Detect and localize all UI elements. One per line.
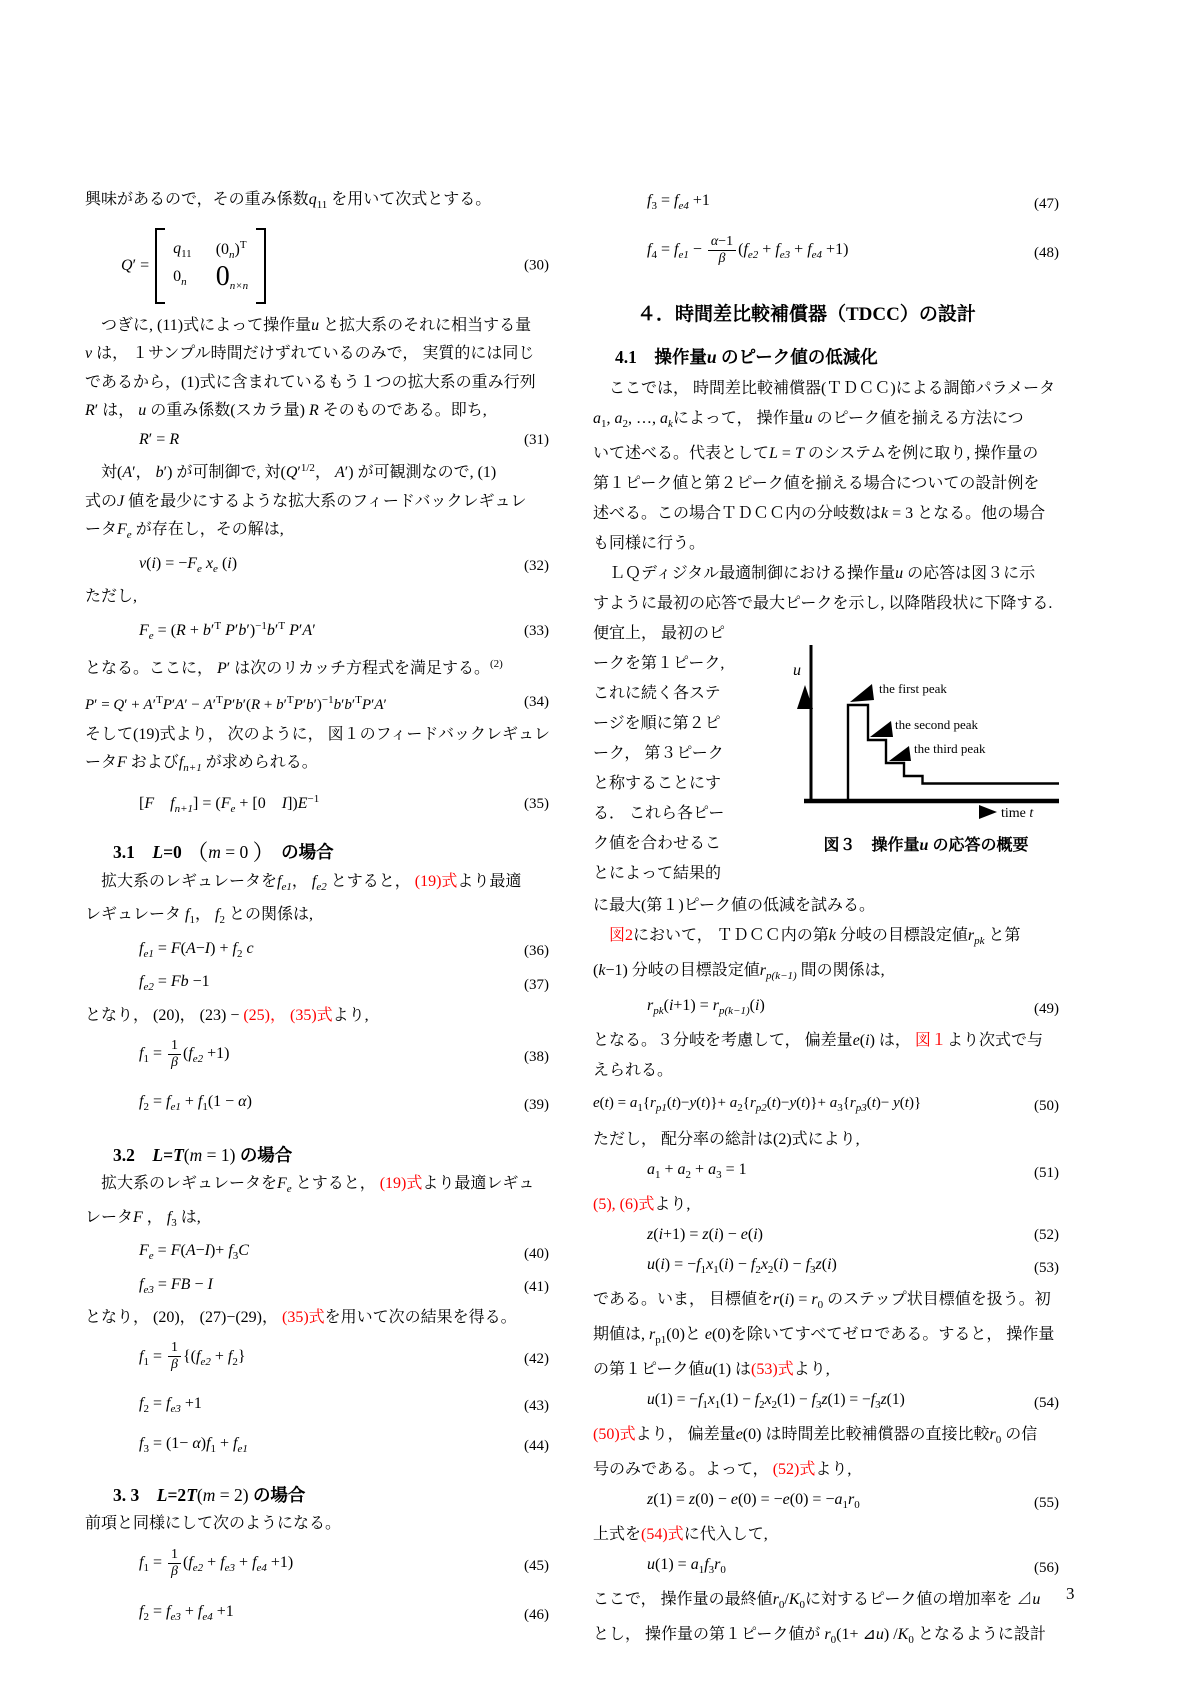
line-content: いて述べる。代表としてL = T のシステムを例に取り, 操作量の	[593, 445, 1038, 462]
equation-line: f3 = fe4 +1(47)	[593, 186, 1061, 221]
left-bracket	[155, 228, 165, 304]
line-content: u(1) = a1f3r0	[647, 1556, 726, 1573]
text-segment: T	[186, 1485, 197, 1505]
text-segment: u	[707, 347, 717, 367]
text-segment: −	[196, 1242, 205, 1259]
text-segment: k	[829, 927, 836, 944]
text-segment: 1/2	[301, 462, 315, 474]
text-segment: b	[276, 697, 284, 713]
text-segment: ージを順に第２ピ	[593, 715, 721, 732]
text-segment: −1	[308, 793, 320, 805]
text-segment: となり， (20)， (23) −	[85, 1007, 243, 1024]
line-content: となる。ここに， P′ は次のリカッチ方程式を満足する。(2)	[85, 660, 503, 677]
text-segment: =	[149, 1603, 166, 1620]
text-segment: q	[309, 191, 317, 208]
text-segment: A	[335, 464, 345, 481]
text-segment: e3	[170, 1611, 180, 1623]
text-segment: n	[181, 276, 187, 288]
text-line: であるから，(1)式に含まれているもう１つの拡大系の重み行列	[85, 369, 563, 398]
text-segment: a	[593, 410, 601, 427]
text-segment: e3	[143, 1284, 153, 1296]
matrix-lhs: Q′ =	[121, 257, 149, 275]
text-segment: +	[203, 1554, 220, 1571]
text-segment: E	[298, 795, 308, 812]
text-segment: (2)	[490, 658, 503, 670]
text-segment: より,	[794, 1361, 830, 1378]
text-line: の第１ピーク値u(1) は(53)式より,	[593, 1355, 1061, 1385]
text-segment: R	[169, 431, 179, 448]
text-segment: L	[152, 1145, 163, 1165]
text-segment: 第１ピーク値と第２ピーク値を揃える場合についての設計例を	[593, 475, 1039, 492]
text-segment: は， １サンプル時間だけずれているのみで， 実質的には同じ	[92, 345, 534, 362]
text-segment: (1) は	[712, 1361, 751, 1378]
text-segment: pk	[653, 1005, 663, 1017]
equation-number: (39)	[524, 1086, 549, 1124]
text-segment: ,	[607, 410, 615, 427]
equation-line: ν(i) = −Fe xe (i)(32)	[85, 550, 563, 584]
text-segment: P	[294, 697, 303, 713]
line-content: ν は， １サンプル時間だけずれているのみで， 実質的には同じ	[85, 345, 534, 362]
text-segment: ーク， 第３ピーク	[593, 745, 724, 762]
line-content: 拡大系のレギュレータをFe とすると， (19)式より最適レギュ	[85, 1175, 534, 1192]
text-segment	[135, 842, 153, 862]
text-segment: e2	[200, 1356, 210, 1368]
equation-number: (51)	[1034, 1158, 1059, 1188]
text-segment: 拡大系のレギュレータを	[85, 873, 277, 890]
text-segment: と第	[984, 927, 1020, 944]
text-segment: ) =	[789, 1291, 811, 1308]
text-segment: )−	[776, 1095, 789, 1111]
line-content: f3 = (1− α)f1 + fe1	[139, 1435, 248, 1452]
equation-number: (41)	[524, 1273, 549, 1302]
equation-line: f2 = fe3 + fe4 +1(46)	[85, 1593, 563, 1636]
text-segment: R	[85, 402, 95, 419]
text-segment: A	[186, 940, 196, 957]
line-content: となり， (20)， (23) − (25)， (35)式より,	[85, 1007, 369, 1024]
line-content: f2 = fe3 + fe4 +1	[139, 1603, 234, 1620]
text-segment: Q	[113, 697, 124, 713]
text-segment: A	[175, 697, 184, 713]
paper-page: 興味があるので，その重み係数q11 を用いて次式とする。 Q′ = q11 (0…	[0, 0, 1190, 1683]
text-segment: β	[171, 1055, 178, 1070]
text-line: に最大(第１)ピーク値の低減を試みる。	[593, 891, 1061, 921]
text-segment: そのものである。即ち,	[319, 402, 487, 419]
text-segment: b	[203, 622, 211, 639]
matrix-cell: 0n×n	[216, 263, 248, 292]
text-line: となり， (20)， (23) − (25)， (35)式より,	[85, 1002, 563, 1031]
text-segment: −1	[322, 694, 334, 706]
text-segment: b	[334, 697, 342, 713]
text-segment: ′ =	[94, 697, 113, 713]
matrix-cell: 0n	[173, 268, 187, 288]
text-segment: = (	[154, 622, 176, 639]
text-segment: の場合	[253, 1485, 306, 1505]
text-segment: +	[758, 241, 775, 258]
text-segment: u	[647, 1391, 655, 1408]
text-segment: e2	[143, 981, 153, 993]
text-segment: F	[171, 1276, 181, 1293]
text-segment: +	[790, 241, 807, 258]
text-segment: =	[154, 940, 171, 957]
text-segment: （	[186, 840, 208, 865]
text-segment: c	[246, 940, 253, 957]
text-segment: {	[843, 1095, 850, 1111]
line-content: ここで， 操作量の最終値r0/K0に対するピーク値の増加率を ⊿u	[593, 1591, 1040, 1608]
text-line: ークを第１ピーク,	[593, 649, 773, 679]
equation-number: (56)	[1034, 1553, 1059, 1583]
text-segment: e	[731, 1491, 738, 1508]
text-segment: (1 −	[208, 1093, 238, 1110]
text-line: も同様に行う。	[593, 529, 1061, 559]
text-line: 前項と同様にして次のようになる。	[85, 1510, 563, 1539]
text-segment: u	[805, 410, 813, 427]
line-content: f1 = 1β(fe2 +1)	[139, 1045, 230, 1062]
equation-number: (37)	[524, 971, 549, 1000]
equation-line: u(i) = −f1x1(i) − f2x2(i) − f3z(i)(53)	[593, 1250, 1061, 1285]
right-column: f3 = fe4 +1(47)f4 = fe1 − α−1β(fe2 + fe3…	[593, 186, 1061, 1655]
line-content: z(1) = z(0) − e(0) = −e(0) = −a1r0	[647, 1491, 860, 1508]
text-segment: となるように設計	[914, 1626, 1046, 1643]
text-segment: ク値を合わせるこ	[593, 835, 721, 852]
equation-line: z(1) = z(0) − e(0) = −e(0) = −a1r0(55)	[593, 1485, 1061, 1520]
text-segment: e2	[316, 881, 326, 893]
line-content: ν(i) = −Fe xe (i)	[139, 555, 237, 572]
text-segment: u	[311, 317, 319, 334]
text-segment: とによって結果的	[593, 865, 721, 882]
text-segment: e3	[170, 1403, 180, 1415]
text-segment: 3.2	[113, 1145, 135, 1165]
text-segment: 11	[317, 199, 328, 211]
text-segment: ータ	[85, 754, 117, 771]
text-line: 式のJ 値を最少にするような拡大系のフィードバックレギュレ	[85, 488, 563, 517]
text-segment: =	[778, 445, 795, 462]
text-segment: P	[362, 697, 371, 713]
text-segment: p2	[756, 1102, 767, 1114]
line-content: 期値は, rp1(0)と e(0)を除いてすべてゼロである。すると， 操作量	[593, 1326, 1054, 1343]
text-segment: +	[211, 1348, 228, 1365]
text-line: ここで， 操作量の最終値r0/K0に対するピーク値の増加率を ⊿u	[593, 1585, 1061, 1620]
text-segment: +	[691, 1161, 708, 1178]
text-segment: 0	[854, 1499, 860, 1511]
equation-line: fe3 = FB − I(41)	[85, 1271, 563, 1305]
text-segment: e	[741, 1226, 748, 1243]
text-segment: α	[238, 1093, 246, 1110]
text-segment: e	[783, 1491, 790, 1508]
text-segment: となる。３分岐を考慮して， 偏差量	[593, 1032, 853, 1049]
equation-number: (48)	[1034, 224, 1059, 282]
text-segment: x	[765, 1391, 772, 1408]
text-segment: )}	[909, 1095, 921, 1111]
section-heading: 3.1 L=0 （m = 0 ） の場合	[113, 837, 563, 868]
text-line: (5), (6)式より,	[593, 1190, 1061, 1220]
text-segment: ）	[253, 840, 264, 865]
text-segment: P	[225, 622, 235, 639]
text-line: 図2において， ＴＤＣＣ内の第k 分岐の目標設定値rpk と第	[593, 921, 1061, 956]
equation-line: f2 = fe3 +1(43)	[85, 1386, 563, 1427]
line-content: つぎに, (11)式によって操作量u と拡大系のそれに相当する量	[85, 317, 531, 334]
text-segment: 述べる。この場合ＴＤＣＣ内の分岐数は	[593, 505, 881, 522]
first-peak-arrow-icon	[850, 684, 874, 702]
line-content: 上式を(54)式に代入して,	[593, 1526, 768, 1543]
text-segment: と称することにす	[593, 775, 721, 792]
line-content: e(t) = a1{rp1(t)−y(t)}+ a2{rp2(t)−y(t)}+…	[593, 1095, 921, 1111]
text-segment: (19)式	[380, 1175, 423, 1192]
text-segment: より最適	[457, 873, 521, 890]
text-segment: とし， 操作量の第１ピーク値が	[593, 1626, 824, 1643]
line-content: ークを第１ピーク,	[593, 655, 724, 672]
equation-line: Fe = (R + b′T P′b′)−1b′T P′A′(33)	[85, 612, 563, 651]
text-segment: = 1)	[202, 1145, 235, 1165]
line-content: ＬＱディジタル最適制御における操作量u の応答は図３に示	[593, 565, 1035, 582]
text-segment: 拡大系のレギュレータを	[85, 1175, 277, 1192]
equation-line: e(t) = a1{rp1(t)−y(t)}+ a2{rp2(t)−y(t)}+…	[593, 1086, 1061, 1125]
text-segment: T	[795, 445, 804, 462]
line-content: 興味があるので，その重み係数q11 を用いて次式とする。	[85, 191, 491, 208]
text-segment: +1) =	[673, 997, 712, 1014]
text-segment: (50)式	[593, 1426, 636, 1443]
text-segment: L	[769, 445, 778, 462]
text-segment: 対(	[85, 464, 122, 481]
text-segment: (1) −	[720, 1391, 755, 1408]
line-content: ここでは， 時間差比較補償器(ＴＤＣＣ)による調節パラメータ	[593, 380, 1055, 397]
text-line: 拡大系のレギュレータをfe1， fe2 とすると， (19)式より最適	[85, 868, 563, 902]
text-line: レータF ， f3 は,	[85, 1204, 563, 1238]
text-segment: u	[647, 1256, 655, 1273]
text-segment: となり， (20)， (27)−(29)，	[85, 1309, 282, 1326]
text-segment: Q	[121, 257, 133, 274]
text-segment: a	[691, 1556, 699, 1573]
text-segment: A	[374, 697, 383, 713]
equation-line: f1 = 1β{(fe2 + f2}(42)	[85, 1333, 563, 1386]
line-content: fe3 = FB − I	[139, 1276, 213, 1293]
line-content: である。いま， 目標値をr(i) = r0 のステップ状目標値を扱う。初	[593, 1291, 1051, 1308]
text-segment: −	[689, 241, 706, 258]
text-segment: e	[853, 1032, 860, 1049]
text-line: ν は， １サンプル時間だけずれているのみで， 実質的には同じ	[85, 340, 563, 369]
text-line: と称することにす	[593, 769, 773, 799]
text-segment: ) −	[729, 1256, 751, 1273]
time-axis-label: time t	[1001, 806, 1034, 821]
line-content: f4 = fe1 − α−1β(fe2 + fe3 + fe4 +1)	[647, 241, 848, 258]
text-segment: ′)	[246, 622, 255, 639]
text-segment: B	[181, 1276, 191, 1293]
text-segment: すように最初の応答で最大ピークを示し, 以降階段状に下降する.	[593, 595, 1052, 612]
text-segment: β	[719, 251, 726, 266]
text-segment: T	[287, 694, 294, 706]
text-segment: ークを第１ピーク,	[593, 655, 724, 672]
text-segment	[139, 1485, 157, 1505]
section-heading: 4.1 操作量u のピーク値の低減化	[615, 342, 1061, 372]
text-segment: ここでは， 時間差比較補償器(ＴＤＣＣ)による調節パラメータ	[593, 380, 1055, 397]
equation-matrix-q: Q′ = q11 (0n)T 0n 0n×n (30)	[85, 220, 563, 312]
text-segment: )	[758, 1226, 763, 1243]
text-segment: ータ	[85, 521, 117, 538]
text-segment: 前項と同様にして次のようになる。	[85, 1515, 341, 1532]
text-segment: P	[217, 660, 227, 677]
text-segment: いて述べる。代表として	[593, 445, 769, 462]
text-line: ただし,	[85, 583, 563, 612]
equation-number: (44)	[524, 1429, 549, 1463]
section-heading: ４．時間差比較補償器（TDCC）の設計	[637, 300, 1061, 330]
line-content: とによって結果的	[593, 865, 721, 882]
figure3-caption: 図３ 操作量u の応答の概要	[791, 832, 1061, 855]
text-segment: る． これら各ピー	[593, 805, 724, 822]
text-segment: 式の	[85, 493, 117, 510]
line-content: えられる。	[593, 1062, 673, 1079]
text-segment: ] = (	[193, 795, 221, 812]
text-segment: β	[171, 1564, 178, 1579]
equation-line: R′ = R(31)	[85, 426, 563, 455]
text-segment: ) = −	[156, 555, 187, 572]
line-content: 便宜上， 最初のピ	[593, 625, 725, 642]
text-line: とし， 操作量の第１ピーク値が r0(1+ ⊿u) /K0 となるように設計	[593, 1620, 1061, 1655]
text-line: る． これら各ピー	[593, 799, 773, 829]
equation-line: u(1) = −f1x1(1) − f2x2(1) − f3z(1) = −f3…	[593, 1385, 1061, 1420]
text-segment: m	[203, 1485, 216, 1505]
text-segment: e4	[202, 1611, 212, 1623]
text-segment: e1	[170, 1101, 180, 1113]
right-bracket	[256, 228, 266, 304]
section-heading: 3.2 L=T(m = 1) の場合	[113, 1140, 563, 1170]
text-segment: e2	[193, 1053, 203, 1065]
text-segment: (0)を除いてすべてゼロである。すると， 操作量	[712, 1326, 1054, 1343]
text-segment: に最大(第１)ピーク値の低減を試みる。	[593, 897, 875, 914]
text-segment: e3	[225, 1562, 235, 1574]
text-segment: L	[157, 1485, 168, 1505]
text-segment: )}+	[705, 1095, 729, 1111]
figure3-row: 便宜上， 最初のピークを第１ピーク,これに続く各ステージを順に第２ピーク， 第３…	[593, 619, 1061, 891]
line-content: R′ = R	[139, 431, 179, 448]
text-line: ータF およびfn+1 が求められる。	[85, 749, 563, 783]
text-line: ージを順に第２ピ	[593, 709, 773, 739]
text-segment: }	[238, 1348, 246, 1365]
text-segment: x	[761, 1256, 768, 1273]
text-segment	[154, 795, 170, 812]
text-segment: −	[196, 940, 205, 957]
text-segment: e4	[257, 1562, 267, 1574]
text-segment: T	[240, 239, 247, 251]
text-segment: 期値は,	[593, 1326, 649, 1343]
text-segment: −	[190, 1276, 207, 1293]
fraction: 1β	[168, 1340, 181, 1373]
text-segment: {(	[183, 1348, 196, 1365]
text-segment: より最適レギュ	[422, 1175, 534, 1192]
text-segment: +	[661, 1161, 678, 1178]
line-content: f1 = 1β(fe2 + fe3 + fe4 +1)	[139, 1554, 293, 1571]
equation-line: f1 = 1β(fe2 +1)(38)	[85, 1030, 563, 1083]
text-segment: e	[705, 1326, 712, 1343]
text-segment: e2	[193, 1562, 203, 1574]
text-segment: (25)， (35)式	[243, 1007, 332, 1024]
text-segment: P	[223, 697, 232, 713]
text-segment: = 2)	[215, 1485, 248, 1505]
fraction: α−1β	[708, 234, 736, 267]
equation-number: (47)	[1034, 189, 1059, 219]
text-segment: a	[647, 1161, 655, 1178]
equation-line: fe1 = F(A−I) + f2 c(36)	[85, 935, 563, 969]
text-segment: n+1	[175, 803, 193, 815]
text-segment: R	[251, 697, 260, 713]
text-segment: ′ +	[124, 697, 143, 713]
figure3: u the first peak the second peak the thi…	[791, 623, 1061, 855]
text-segment: となる。ここに，	[85, 660, 217, 677]
line-content: の第１ピーク値u(1) は(53)式より,	[593, 1361, 830, 1378]
text-segment: R	[309, 402, 319, 419]
line-content: ーク， 第３ピーク	[593, 745, 724, 762]
text-segment: と拡大系のそれに相当する量	[319, 317, 531, 334]
text-segment: T	[173, 1145, 184, 1165]
text-segment: (35)式	[282, 1309, 325, 1326]
text-segment: b	[306, 697, 314, 713]
text-line: (k−1) 分岐の目標設定値rp(k−1) 間の関係は,	[593, 956, 1061, 991]
text-segment: F	[187, 555, 197, 572]
equation-number: (42)	[524, 1335, 549, 1383]
text-segment: K	[789, 1591, 800, 1608]
text-segment: K	[898, 1626, 909, 1643]
text-segment: が求められる。	[202, 754, 318, 771]
text-segment: =	[149, 1395, 166, 1412]
text-segment: a	[615, 410, 623, 427]
equation-number: (49)	[1034, 994, 1059, 1024]
text-segment: 0	[173, 268, 181, 285]
text-line: となる。ここに， P′ は次のリカッチ方程式を満足する。(2)	[85, 650, 563, 684]
text-segment: T	[156, 694, 163, 706]
line-content: 述べる。この場合ＴＤＣＣ内の分岐数はk = 3 となる。他の場合	[593, 505, 1045, 522]
text-segment: p(k−1)	[766, 970, 797, 982]
text-segment: b	[344, 697, 352, 713]
text-segment: =	[149, 1348, 166, 1365]
line-content: であるから，(1)式に含まれているもう１つの拡大系の重み行列	[85, 374, 536, 391]
text-segment: = 0	[221, 842, 253, 862]
text-segment: ) /	[884, 1626, 898, 1643]
text-segment: +1)	[203, 1045, 229, 1062]
text-segment: q	[173, 240, 181, 257]
line-content: そして(19)式より， 次のように， 図１のフィードバックレギュレ	[85, 726, 550, 743]
text-segment: これに続く各ステ	[593, 685, 721, 702]
text-segment: ＬＱディジタル最適制御における操作量	[593, 565, 895, 582]
text-segment: p1	[656, 1102, 667, 1114]
text-line: 第１ピーク値と第２ピーク値を揃える場合についての設計例を	[593, 469, 1061, 499]
line-content: Fe = (R + b′T P′b′)−1b′T P′A′	[139, 622, 316, 639]
text-segment: ′ は次のリカッチ方程式を満足する。	[227, 660, 490, 677]
text-line: ただし， 配分率の総計は(2)式により,	[593, 1125, 1061, 1155]
line-content: ージを順に第２ピ	[593, 715, 721, 732]
text-segment: F	[117, 754, 127, 771]
line-content: となる。３分岐を考慮して， 偏差量e(i) は， 図１より次式で与	[593, 1032, 1043, 1049]
text-segment: =0	[163, 842, 186, 862]
figure-side-text: 便宜上， 最初のピークを第１ピーク,これに続く各ステージを順に第２ピーク， 第３…	[593, 619, 773, 889]
text-line: すように最初の応答で最大ピークを示し, 以降階段状に下降する.	[593, 589, 1061, 619]
text-segment: 0	[720, 1564, 726, 1576]
line-content: 前項と同様にして次のようになる。	[85, 1515, 341, 1532]
text-segment: より,	[654, 1196, 690, 1213]
fraction: 1β	[168, 1547, 181, 1580]
text-segment: +1) =	[663, 1226, 702, 1243]
text-segment: )	[759, 997, 764, 1014]
equation-number: (40)	[524, 1240, 549, 1269]
equation-number: (32)	[524, 552, 549, 581]
text-segment: ′ −	[184, 697, 203, 713]
text-segment: +	[181, 1093, 198, 1110]
equation-number: (45)	[524, 1541, 549, 1591]
text-segment: である。いま， 目標値を	[593, 1291, 773, 1308]
text-segment: e4	[812, 249, 822, 261]
left-column: 興味があるので，その重み係数q11 を用いて次式とする。 Q′ = q11 (0…	[85, 186, 563, 1636]
text-line: a1, a2, …, akによって， 操作量u のピーク値を揃える方法につ	[593, 404, 1061, 439]
text-segment: ′	[384, 697, 387, 713]
text-segment: レギュレータ	[85, 906, 185, 923]
text-segment: とすると，	[327, 873, 415, 890]
